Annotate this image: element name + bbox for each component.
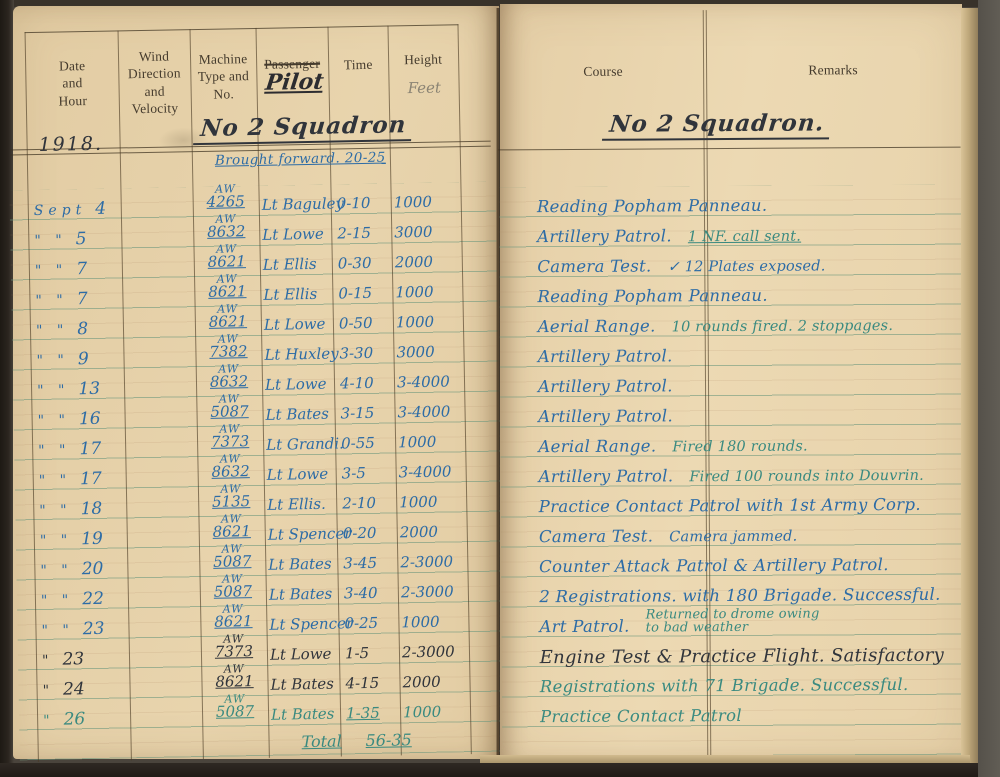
date-ditto: " " — [34, 232, 67, 249]
pilot-name: Lt Lowe — [267, 464, 341, 483]
date-number: 23 — [83, 619, 105, 639]
flight-time: 1-5 — [345, 643, 399, 662]
remark-entry: Returned to drome owing to bad weather — [646, 607, 820, 634]
date-number: 24 — [63, 679, 85, 699]
log-row-right: Practice Contact Patrol with 1st Army Co… — [501, 495, 963, 524]
log-date: " "17 — [39, 469, 102, 490]
flight-time: 2-15 — [337, 223, 391, 242]
log-row-right: Artillery Patrol.1 NF. call sent. — [499, 225, 961, 254]
flight-time: 3-5 — [342, 463, 396, 482]
course-entry: Artillery Patrol. — [538, 376, 673, 396]
remark-entry: Fired 100 rounds into Douvrin. — [689, 468, 924, 485]
machine-serial: 8632 — [207, 224, 245, 240]
log-date: " "19 — [40, 529, 103, 550]
flight-height: 2000 — [400, 522, 472, 541]
pilot-name: Lt Ellis. — [267, 494, 341, 513]
machine-serial: 5087 — [213, 554, 251, 570]
book-gutter-shadow — [496, 8, 500, 760]
course-entry: Camera Test. — [539, 526, 653, 546]
log-date: " "23 — [41, 619, 104, 640]
course-entry: Reading Popham Panneau. — [537, 286, 768, 306]
date-number: 23 — [62, 649, 84, 669]
col-header-course: Course — [558, 63, 648, 81]
date-ditto: " " — [39, 502, 72, 519]
course-entry: Aerial Range. — [538, 316, 656, 336]
course-entry: Camera Test. — [537, 256, 651, 276]
table-top-border — [25, 24, 459, 33]
left-page: Date and Hour Wind Direction and Velocit… — [13, 6, 499, 759]
log-date: " "22 — [41, 589, 104, 610]
pilot-name: Lt Ellis — [263, 255, 337, 274]
col-header-wind: Wind Direction and Velocity — [119, 47, 190, 117]
course-entry: Art Patrol. — [539, 617, 629, 637]
machine-number: AW8621 — [200, 603, 266, 630]
date-ditto: " " — [40, 562, 73, 579]
flight-height: 2000 — [395, 252, 467, 271]
log-row-right: Reading Popham Panneau. — [499, 195, 961, 224]
pilot-name: Lt Grandi. — [266, 434, 340, 453]
machine-number: AW8621 — [193, 243, 259, 270]
machine-number: AW5135 — [198, 483, 264, 510]
log-date: " "8 — [36, 319, 89, 340]
pilot-name: Lt Spencer — [269, 614, 343, 633]
date-ditto: " " — [37, 382, 70, 399]
machine-serial: 8632 — [211, 464, 249, 480]
log-row-right: Artillery Patrol. — [500, 345, 962, 374]
log-date: " "17 — [38, 439, 101, 460]
flight-time: 0-10 — [337, 194, 391, 213]
col-header-date: Date and Hour — [27, 56, 118, 109]
flight-height: 3000 — [396, 342, 468, 361]
flight-height: 1000 — [403, 702, 475, 721]
machine-number: AW5087 — [199, 543, 265, 570]
flight-time: 0-50 — [339, 313, 393, 332]
machine-serial: 5135 — [212, 494, 250, 510]
machine-number: AW8632 — [193, 213, 259, 240]
date-number: 7 — [76, 259, 87, 279]
machine-number: AW7382 — [195, 333, 261, 360]
squadron-title-left: No 2 Squadron — [193, 111, 414, 145]
flight-time: 0-15 — [338, 283, 392, 302]
date-number: 7 — [77, 289, 88, 309]
date-number: 22 — [82, 589, 104, 609]
flight-height: 3000 — [394, 222, 466, 241]
date-number: 4 — [95, 199, 106, 219]
flight-time: 3-40 — [344, 583, 398, 602]
machine-number: AW8632 — [197, 453, 263, 480]
date-number: 26 — [63, 709, 85, 729]
course-entry: Artillery Patrol. — [538, 346, 673, 366]
log-date: " "7 — [35, 259, 88, 280]
flight-height: 2-3000 — [400, 552, 472, 571]
course-entry: Artillery Patrol. — [539, 466, 674, 486]
pilot-name: Lt Bates — [271, 704, 345, 723]
flight-height: 2-3000 — [401, 582, 473, 601]
brought-forward-note: Brought forward. 20-25 — [215, 150, 386, 169]
log-row-right: Reading Popham Panneau. — [499, 285, 961, 314]
flight-height: 3-4000 — [397, 402, 469, 421]
date-ditto: " — [42, 653, 54, 669]
flight-time: 4-10 — [340, 373, 394, 392]
machine-number: AW8632 — [196, 363, 262, 390]
pilot-name: Lt Bates — [265, 404, 339, 423]
squadron-title-right: No 2 Squadron. — [602, 109, 832, 140]
date-number: 16 — [79, 409, 101, 429]
machine-number: AW4265 — [192, 183, 258, 210]
flight-height: 1000 — [398, 432, 470, 451]
col-header-height: Height — [389, 50, 457, 69]
date-ditto: " " — [38, 442, 71, 459]
header-underline-right — [499, 147, 961, 151]
date-ditto: " " — [35, 292, 68, 309]
pilot-name: Lt Lowe — [264, 314, 338, 333]
book-bottom-edge — [0, 763, 1000, 777]
log-row-right: Artillery Patrol. — [500, 375, 962, 404]
course-entry: Reading Popham Panneau. — [537, 196, 768, 216]
date-number: 5 — [76, 229, 87, 249]
height-feet-handwritten: Feet — [407, 79, 441, 98]
log-date: " "16 — [37, 409, 100, 430]
col-header-remarks: Remarks — [788, 61, 878, 79]
machine-number: AW8621 — [195, 303, 261, 330]
machine-number: AW5087 — [200, 573, 266, 600]
pilot-name: Lt Bates — [270, 674, 344, 693]
log-date: " "20 — [40, 559, 103, 580]
log-date: " "18 — [39, 499, 102, 520]
date-number: 19 — [81, 529, 103, 549]
remark-entry: Camera jammed. — [669, 529, 797, 546]
flight-height: 2-3000 — [402, 642, 474, 661]
pilot-name: Lt Ellis — [263, 284, 337, 303]
course-entry: Engine Test & Practice Flight. Satisfact… — [540, 645, 945, 668]
flight-height: 3-4000 — [399, 462, 471, 481]
machine-serial: 5087 — [210, 404, 248, 420]
machine-serial: 8632 — [210, 374, 248, 390]
machine-serial: 8621 — [208, 254, 246, 270]
pilot-handwritten-label: Pilot — [264, 69, 325, 96]
log-date: " "5 — [34, 229, 87, 250]
flight-time: 4-15 — [345, 673, 399, 692]
flight-height: 1000 — [399, 492, 471, 511]
remark-entry: ✓ 12 Plates exposed. — [668, 258, 826, 275]
machine-serial: 8621 — [214, 614, 252, 630]
course-entry: Counter Attack Patrol & Artillery Patrol… — [539, 555, 889, 576]
log-row-right: Camera Test.Camera jammed. — [501, 525, 963, 554]
course-entry: Artillery Patrol. — [538, 406, 673, 426]
flight-height: 1000 — [395, 282, 467, 301]
flight-height: 1000 — [396, 312, 468, 331]
book-cover-edge — [978, 0, 1000, 777]
logbook-photo: Date and Hour Wind Direction and Velocit… — [0, 0, 1000, 777]
col-header-machine: Machine Type and No. — [191, 50, 256, 103]
flight-time: 0-30 — [338, 253, 392, 272]
right-page: Course Remarks No 2 Squadron. Reading Po… — [500, 4, 962, 761]
flight-height: 1000 — [394, 192, 466, 211]
col-header-time: Time — [329, 56, 387, 74]
machine-number: AW8621 — [201, 663, 267, 690]
flight-time: 0-55 — [341, 433, 395, 452]
date-ditto: " " — [35, 262, 68, 279]
flight-height: 1000 — [401, 612, 473, 631]
date-ditto: " " — [40, 532, 73, 549]
date-number: 17 — [79, 439, 101, 459]
course-entry: 2 Registrations. with 180 Brigade. Succe… — [539, 585, 940, 606]
course-entry: Registrations with 71 Brigade. Successfu… — [540, 675, 909, 696]
year-entry: 1918. — [38, 133, 103, 156]
date-ditto: " " — [41, 592, 74, 609]
date-ditto: " — [43, 713, 55, 729]
date-number: 13 — [78, 379, 100, 399]
machine-serial: 5087 — [214, 584, 252, 600]
remark-entry: Fired 180 rounds. — [672, 439, 808, 456]
log-row-right: Art Patrol.Returned to drome owing to ba… — [501, 615, 963, 644]
pilot-name: Lt Huxley — [264, 344, 338, 363]
flight-time: 3-30 — [339, 343, 393, 362]
remark-entry: 10 rounds fired. 2 stoppages. — [672, 318, 894, 335]
machine-number: AW7373 — [201, 633, 267, 660]
log-date: " "9 — [36, 349, 89, 370]
machine-number: AW5087 — [196, 393, 262, 420]
total-value: 56-35 — [365, 730, 411, 750]
remark-entry: 1 NF. call sent. — [688, 229, 801, 246]
log-date: " "7 — [35, 289, 88, 310]
log-date: "23 — [42, 649, 84, 670]
date-ditto: Sept — [34, 202, 87, 219]
date-number: 9 — [78, 349, 89, 369]
machine-number: AW5087 — [202, 693, 268, 720]
flight-height: 3-4000 — [397, 372, 469, 391]
flight-time: 3-45 — [343, 553, 397, 572]
machine-serial: 8621 — [215, 674, 253, 690]
machine-serial: 8621 — [208, 284, 246, 300]
machine-serial: 5087 — [216, 704, 254, 720]
total-label: Total — [301, 731, 341, 751]
date-ditto: " " — [36, 352, 69, 369]
pilot-name: Lt Spencer — [268, 524, 342, 543]
machine-serial: 7373 — [211, 434, 249, 450]
date-number: 8 — [77, 319, 88, 339]
machine-serial: 7373 — [215, 644, 253, 660]
flight-time: 0-25 — [344, 613, 398, 632]
machine-serial: 4265 — [206, 194, 244, 210]
date-ditto: " " — [39, 472, 72, 489]
pilot-name: Lt Lowe — [270, 644, 344, 663]
machine-serial: 8621 — [209, 314, 247, 330]
course-entry: Practice Contact Patrol with 1st Army Co… — [539, 495, 921, 516]
date-number: 17 — [80, 469, 102, 489]
pilot-name: Lt Lowe — [262, 225, 336, 244]
date-ditto: " — [42, 683, 54, 699]
machine-number: AW8621 — [198, 513, 264, 540]
flight-time: 3-15 — [340, 403, 394, 422]
log-row-right: Camera Test.✓ 12 Plates exposed. — [499, 255, 961, 284]
pilot-name: Lt Lowe — [265, 374, 339, 393]
log-row-right: Aerial Range.10 rounds fired. 2 stoppage… — [500, 315, 962, 344]
date-ditto: " " — [36, 322, 69, 339]
machine-serial: 8621 — [213, 524, 251, 540]
page-edges-right — [961, 8, 979, 764]
date-ditto: " " — [38, 412, 71, 429]
log-row-right: Engine Test & Practice Flight. Satisfact… — [502, 645, 964, 674]
date-number: 18 — [80, 499, 102, 519]
pilot-name: Lt Bates — [269, 584, 343, 603]
date-ditto: " " — [41, 622, 74, 639]
log-date: "24 — [42, 679, 84, 700]
flight-time: 2-10 — [342, 493, 396, 512]
log-row-right: Aerial Range.Fired 180 rounds. — [500, 435, 962, 464]
machine-number: AW7373 — [197, 423, 263, 450]
log-row-right: Artillery Patrol. — [500, 405, 962, 434]
course-entry: Aerial Range. — [538, 436, 656, 456]
flight-time: 0-20 — [343, 523, 397, 542]
pilot-name: Lt Bates — [268, 554, 342, 573]
course-entry: Practice Contact Patrol — [540, 706, 742, 726]
log-row-right: Practice Contact Patrol — [502, 705, 964, 734]
date-number: 20 — [82, 559, 104, 579]
log-date: "26 — [43, 709, 85, 730]
log-date: Sept4 — [34, 199, 107, 220]
log-date: " "13 — [37, 379, 100, 400]
log-row-right: Registrations with 71 Brigade. Successfu… — [502, 675, 964, 704]
flight-time: 1-35 — [346, 703, 400, 722]
right-rows: Reading Popham Panneau.Artillery Patrol.… — [498, 3, 960, 6]
machine-number: AW8621 — [194, 273, 260, 300]
course-entry: Artillery Patrol. — [537, 226, 672, 246]
machine-serial: 7382 — [209, 344, 247, 360]
flight-height: 2000 — [402, 672, 474, 691]
pilot-name: Lt Baguley — [262, 195, 336, 214]
log-row-right: Counter Attack Patrol & Artillery Patrol… — [501, 555, 963, 584]
log-row-right: Artillery Patrol.Fired 100 rounds into D… — [501, 465, 963, 494]
